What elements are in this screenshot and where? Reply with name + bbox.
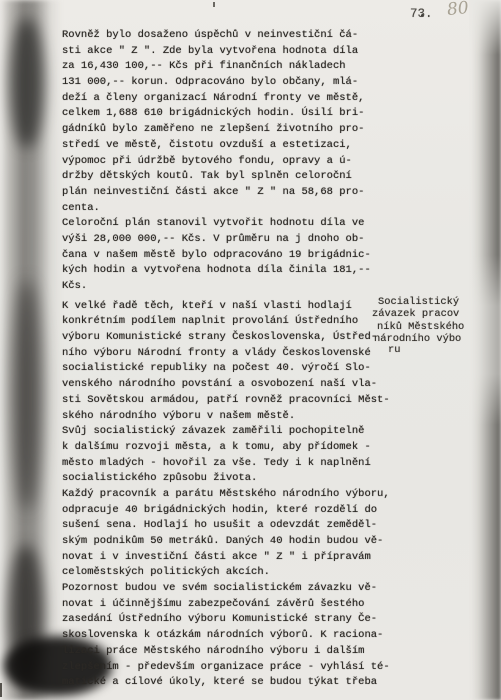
scan-blob-mid-left [12, 280, 42, 510]
text-line: za 16,430 100,-- Kčs při finančních nákl… [62, 59, 407, 75]
paragraph: Celoroční plán stanovil vytvořit hodnotu… [62, 216, 407, 294]
text-line: čana v našem městě bylo odpracováno 19 b… [62, 248, 407, 264]
text-line: ního výboru Národní fronty a vlády Česko… [62, 346, 407, 362]
text-line: zasedání Ústředního výboru Komunistické … [62, 612, 407, 628]
text-line: socialistické republiky na počest 40. vý… [62, 361, 407, 377]
paragraph: Každý pracovník a parátu Městského národ… [62, 487, 407, 581]
handwritten-page-number: 80 [446, 0, 470, 20]
text-line: sušení sena. Hodlají ho usušit a odevzdá… [62, 518, 407, 534]
margin-note-line: závazek pracov [372, 308, 496, 320]
scanned-page: 73. 80 Rovněž bylo dosaženo úspěchů v ne… [0, 0, 501, 700]
typed-page-number: 73. [410, 7, 433, 21]
text-line: odpracuje 40 brigádnických hodin, které … [62, 503, 407, 519]
text-line: Rovněž bylo dosaženo úspěchů v neinvesti… [62, 28, 407, 44]
text-line: konkrétním podílem naplnit provolání Úst… [62, 314, 407, 330]
text-line: kých hodin a vytvořena hodnota díla čini… [62, 263, 407, 279]
text-line: 131 000,-- korun. Odpracováno bylo občan… [62, 75, 407, 91]
text-line: celoměstských politických akcích. [62, 565, 407, 581]
text-line: Pozornost budou ve svém socialistickém z… [62, 581, 407, 597]
text-line: výši 28,000 000,-- Kčs. V průměru na j d… [62, 232, 407, 248]
paragraph: K velké řadě těch, kteří v naší vlasti h… [62, 299, 407, 425]
text-line: centa. [62, 201, 407, 217]
ink-speck [213, 2, 215, 7]
text-line: gádníků bylo zaměřeno ne zlepšení životn… [62, 122, 407, 138]
text-line: výpomoc při údržbě bytového fondu, oprav… [62, 154, 407, 170]
margin-note-line: Socialistický [378, 296, 496, 308]
text-line: sti akce " Z ". Zde byla vytvořena hodno… [62, 44, 407, 60]
text-line: plán neinvestiční části akce " Z " na 58… [62, 185, 407, 201]
paragraph: Pozornost budou ve svém socialistickém z… [62, 581, 407, 691]
text-line: K velké řadě těch, kteří v naší vlasti h… [62, 299, 407, 315]
text-line: středí ve městě, čistotu ovzduší a estet… [62, 138, 407, 154]
text-line: celkem 1,688 610 brigádnických hodin. Ús… [62, 106, 407, 122]
text-line: novat i účinnějšímu zabezpečování závěrů… [62, 597, 407, 613]
text-line: Každý pracovník a parátu Městského národ… [62, 487, 407, 503]
text-line: město mladých - hovořil za vše. Tedy i k… [62, 456, 407, 472]
text-line: socialistického způsobu života. [62, 471, 407, 487]
text-line: sti Sovětskou armádou, patří rovněž prac… [62, 393, 407, 409]
document-body: Rovněž bylo dosaženo úspěchů v neinvesti… [62, 28, 407, 691]
paragraph: Svůj socialistický závazek zaměřili poch… [62, 424, 407, 487]
text-line: venského národního povstání a osvobození… [62, 377, 407, 393]
paragraph: Rovněž bylo dosaženo úspěchů v neinvesti… [62, 28, 407, 216]
text-line: držby dětských koutů. Tak byl splněn cel… [62, 169, 407, 185]
text-line: Celoroční plán stanovil vytvořit hodnotu… [62, 216, 407, 232]
text-line: ským podnikům 50 metráků. Daných 40 hodi… [62, 534, 407, 550]
margin-note-line: níků Městského [377, 321, 496, 333]
text-line: k dalšímu rozvoji města, a k tomu, aby p… [62, 440, 407, 456]
text-line: skoslovenska k otázkám národních výborů.… [62, 628, 407, 644]
scan-shadow-right-fade-top [469, 0, 501, 55]
text-line: novat i v investiční části akce " Z " i … [62, 550, 407, 566]
text-line: matické a cílové úkoly, které se budou t… [62, 675, 407, 691]
text-line: výboru Komunistické strany Československ… [62, 330, 407, 346]
margin-note: Socialistickýzávazek pracovníků Městskéh… [372, 296, 496, 356]
text-line: ského národního výboru v našem městě. [62, 409, 407, 425]
text-line: Svůj socialistický závazek zaměřili poch… [62, 424, 407, 440]
scan-blob-top-left [10, 18, 44, 148]
text-line: zlepšením - především organizace práce -… [62, 660, 407, 676]
text-line: deží a členy organizací Národní fronty v… [62, 91, 407, 107]
text-line: Kčs. [62, 279, 407, 295]
text-line: lizaci práce Městského národního výboru … [62, 644, 407, 660]
scan-edge-mark [0, 683, 2, 697]
